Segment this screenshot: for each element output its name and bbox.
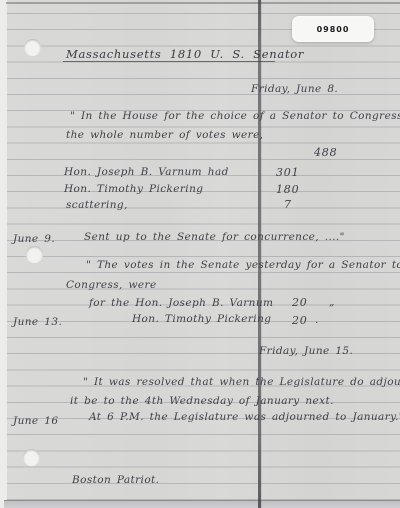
ruled-lines	[7, 13, 400, 501]
house-paragraph-line2: the whole number of votes were,	[66, 129, 263, 141]
title-underline	[63, 61, 275, 62]
total-votes: 488	[314, 146, 337, 159]
june15-paragraph-line1: " It was resolved that when the Legislat…	[83, 376, 400, 388]
senate-row-name: for the Hon. Joseph B. Varnum	[89, 297, 273, 309]
tally-row-votes: 180	[276, 183, 299, 196]
margin-date-june9: June 9.	[13, 233, 55, 245]
june15-paragraph-line2: it be to the 4th Wednesday of January ne…	[70, 395, 334, 407]
senate-row-mark: „	[329, 296, 335, 308]
page-title: Massachusetts 1810 U. S. Senator	[66, 47, 304, 61]
punch-hole-bottom	[23, 449, 40, 466]
june16-entry-text: At 6 P.M. the Legislature was adjourned …	[89, 411, 400, 423]
margin-date-june16: June 16	[13, 415, 58, 427]
margin-date-june13: June 13.	[13, 316, 62, 328]
date-heading-june15: Friday, June 15.	[259, 345, 353, 357]
senate-row-mark: .	[315, 314, 319, 326]
senate-row-votes: 20	[292, 314, 308, 327]
punch-hole-top	[24, 39, 41, 56]
catalog-number: 09800	[317, 25, 350, 34]
page-top-edge	[6, 2, 400, 4]
date-heading-june8: Friday, June 8.	[251, 83, 338, 95]
tally-row-name: scattering,	[66, 199, 128, 211]
house-paragraph-line1: " In the House for the choice of a Senat…	[70, 110, 400, 122]
page-bottom-edge	[4, 500, 400, 508]
tally-row-name: Hon. Joseph B. Varnum had	[64, 166, 229, 178]
senate-paragraph-line1: " The votes in the Senate yesterday for …	[86, 259, 400, 271]
scan-fold-line	[258, 0, 261, 508]
tally-row-votes: 7	[284, 198, 292, 211]
source-citation: Boston Patriot.	[72, 474, 159, 486]
senate-row-name: Hon. Timothy Pickering	[132, 313, 271, 325]
punch-hole-middle	[26, 246, 43, 263]
senate-row-votes: 20	[292, 296, 308, 309]
scanned-notebook-page: 09800 Massachusetts 1810 U. S. Senator F…	[0, 0, 400, 508]
catalog-sticker: 09800	[292, 16, 374, 42]
tally-row-votes: 301	[276, 166, 299, 179]
senate-paragraph-line2: Congress, were	[66, 279, 157, 291]
june9-entry-text: Sent up to the Senate for concurrence, .…	[84, 231, 345, 243]
tally-row-name: Hon. Timothy Pickering	[64, 183, 203, 195]
